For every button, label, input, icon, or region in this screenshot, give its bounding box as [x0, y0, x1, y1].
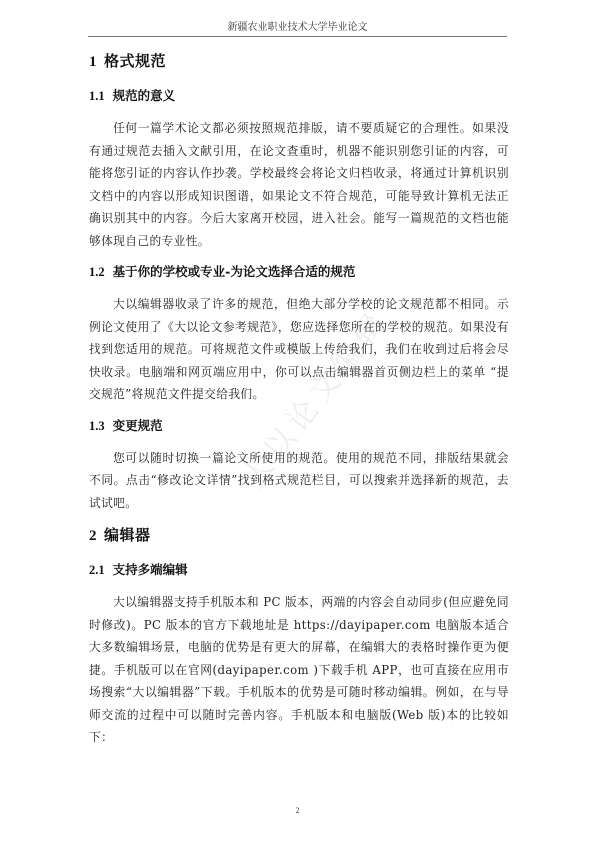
subsection-heading-2-1: 2.1支持多端编辑: [89, 560, 509, 580]
paragraph: 您可以随时切换一篇论文所使用的规范。使用的规范不同，排版结果就会不同。点击“修改…: [89, 447, 509, 515]
subsection-number: 2.1: [89, 563, 105, 577]
paragraph: 任何一篇学术论文都必须按照规范排版，请不要质疑它的合理性。如果没有通过规范去插入…: [89, 117, 509, 252]
section-number: 1: [89, 54, 97, 70]
subsection-heading-1-1: 1.1规范的意义: [89, 86, 509, 106]
page-header: 新疆农业职业技术大学毕业论文: [88, 21, 507, 37]
paragraph: 大以编辑器支持手机版本和 PC 版本，两端的内容会自动同步(但应避免同时修改)。…: [89, 591, 509, 749]
section-title: 格式规范: [104, 52, 166, 70]
section-heading-1: 1格式规范: [89, 50, 509, 72]
subsection-number: 1.3: [89, 419, 105, 433]
page-number: 2: [0, 806, 595, 815]
section-heading-2: 2编辑器: [89, 524, 509, 546]
document-page: 新疆农业职业技术大学毕业论文 大以论文编辑 1格式规范 1.1规范的意义 任何一…: [0, 0, 595, 842]
subsection-title: 规范的意义: [113, 88, 176, 103]
section-number: 2: [89, 528, 97, 544]
subsection-title: 支持多端编辑: [113, 562, 188, 577]
subsection-number: 1.2: [89, 265, 105, 279]
page-content: 1格式规范 1.1规范的意义 任何一篇学术论文都必须按照规范排版，请不要质疑它的…: [89, 50, 509, 749]
subsection-title: 变更规范: [113, 418, 163, 433]
paragraph: 大以编辑器收录了许多的规范，但绝大部分学校的论文规范都不相同。示例论文使用了《大…: [89, 293, 509, 406]
section-title: 编辑器: [104, 526, 151, 544]
subsection-heading-1-2: 1.2基于你的学校或专业-为论文选择合适的规范: [89, 262, 509, 282]
subsection-number: 1.1: [89, 89, 105, 103]
subsection-heading-1-3: 1.3变更规范: [89, 416, 509, 436]
subsection-title: 基于你的学校或专业-为论文选择合适的规范: [113, 264, 356, 279]
